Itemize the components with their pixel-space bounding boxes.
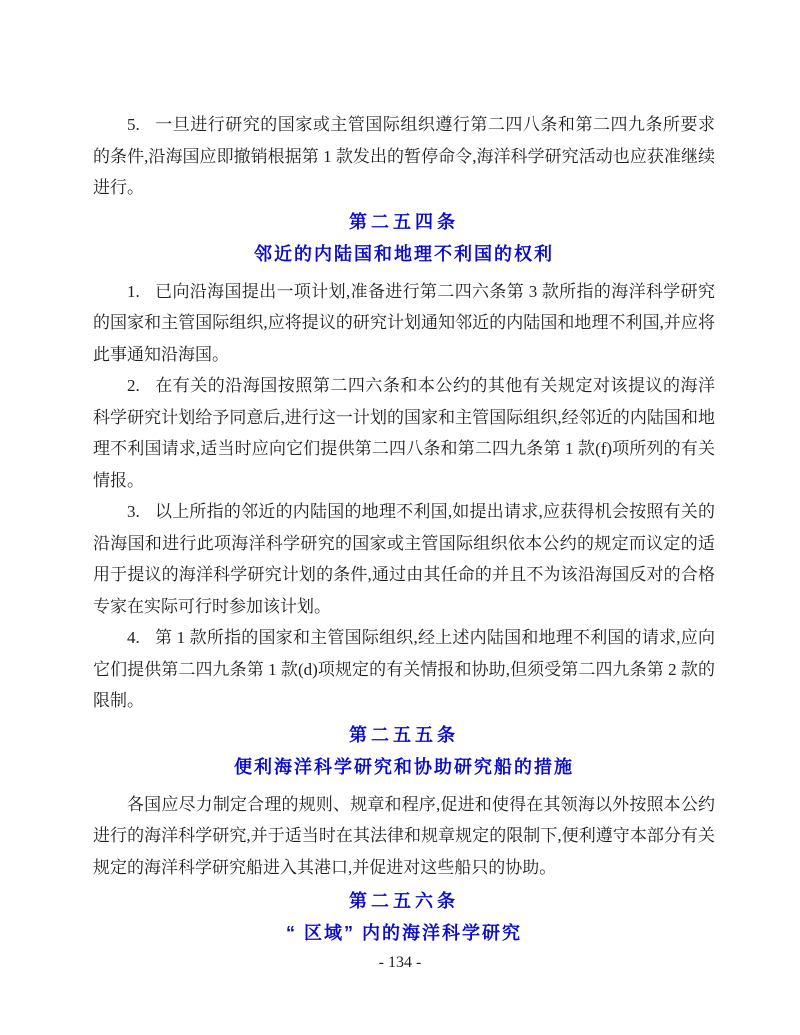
document-body: 5.一旦进行研究的国家或主管国际组织遵行第二四八条和第二四九条所要求的条件,沿海… bbox=[93, 109, 715, 955]
paragraph-number: 3. bbox=[127, 496, 140, 528]
article-number-heading: 第二五六条 bbox=[93, 888, 715, 914]
paragraph: 4.第 1 款所指的国家和主管国际组织,经上述内陆国和地理不利国的请求,应向它们… bbox=[93, 622, 715, 717]
paragraph: 各国应尽力制定合理的规则、规章和程序,促进和使得在其领海以外按照本公约进行的海洋… bbox=[93, 789, 715, 884]
paragraph-number: 4. bbox=[127, 622, 140, 654]
paragraph-text: 第 1 款所指的国家和主管国际组织,经上述内陆国和地理不利国的请求,应向它们提供… bbox=[93, 628, 715, 710]
paragraph-text: 已向沿海国提出一项计划,准备进行第二四六条第 3 款所指的海洋科学研究的国家和主… bbox=[93, 282, 715, 364]
paragraph-text: 以上所指的邻近的内陆国的地理不利国,如提出请求,应获得机会按照有关的沿海国和进行… bbox=[93, 502, 715, 616]
article-number-heading: 第二五四条 bbox=[93, 209, 715, 235]
article-title-heading: 邻近的内陆国和地理不利国的权利 bbox=[93, 241, 715, 267]
paragraph-text: 在有关的沿海国按照第二四六条和本公约的其他有关规定对该提议的海洋科学研究计划给予… bbox=[93, 376, 715, 490]
page-number: - 134 - bbox=[0, 953, 800, 973]
paragraph: 1.已向沿海国提出一项计划,准备进行第二四六条第 3 款所指的海洋科学研究的国家… bbox=[93, 276, 715, 371]
paragraph-number: 1. bbox=[127, 276, 140, 308]
paragraph: 3.以上所指的邻近的内陆国的地理不利国,如提出请求,应获得机会按照有关的沿海国和… bbox=[93, 496, 715, 622]
paragraph-text: 一旦进行研究的国家或主管国际组织遵行第二四八条和第二四九条所要求的条件,沿海国应… bbox=[93, 115, 715, 197]
paragraph: 2.在有关的沿海国按照第二四六条和本公约的其他有关规定对该提议的海洋科学研究计划… bbox=[93, 370, 715, 496]
paragraph-number: 5. bbox=[127, 109, 140, 141]
article-title-heading: “ 区域” 内的海洋科学研究 bbox=[93, 920, 715, 946]
article-number-heading: 第二五五条 bbox=[93, 722, 715, 748]
paragraph: 5.一旦进行研究的国家或主管国际组织遵行第二四八条和第二四九条所要求的条件,沿海… bbox=[93, 109, 715, 204]
document-page: 5.一旦进行研究的国家或主管国际组织遵行第二四八条和第二四九条所要求的条件,沿海… bbox=[0, 0, 800, 1035]
article-title-heading: 便利海洋科学研究和协助研究船的措施 bbox=[93, 754, 715, 780]
paragraph-text: 各国应尽力制定合理的规则、规章和程序,促进和使得在其领海以外按照本公约进行的海洋… bbox=[93, 795, 715, 877]
paragraph-number: 2. bbox=[127, 370, 140, 402]
